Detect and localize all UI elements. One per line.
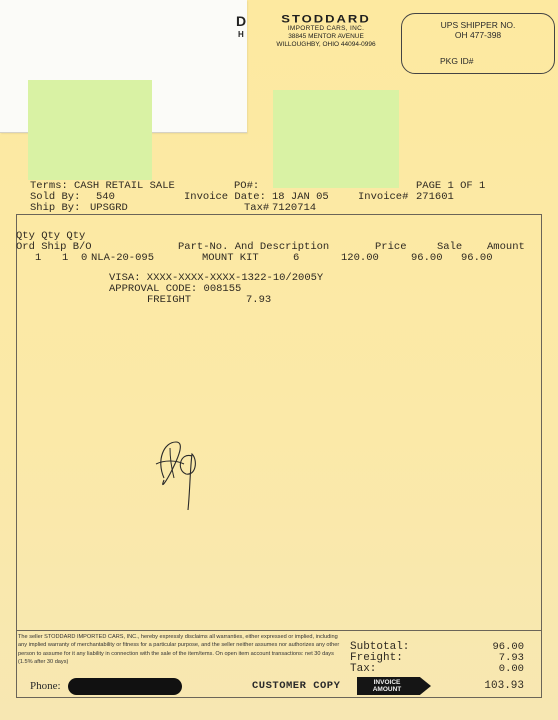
- price-value: 120.00: [341, 253, 379, 264]
- amount-header: Amount: [487, 242, 525, 253]
- company-subtitle: IMPORTED CARS, INC.: [256, 25, 396, 33]
- invoice-number-label: Invoice#: [358, 192, 408, 203]
- ship-by-label: Ship By:: [30, 203, 80, 214]
- company-header: STODDARD IMPORTED CARS, INC. 38845 MENTO…: [256, 12, 396, 49]
- part-code: 6: [293, 253, 299, 264]
- amount-value: 96.00: [461, 253, 493, 264]
- invoice-number-value: 271601: [416, 192, 454, 203]
- signature-mark: [150, 430, 220, 520]
- invoice-amount-label-line1: INVOICE: [357, 679, 417, 686]
- invoice-amount-label-line2: AMOUNT: [357, 686, 417, 693]
- part-number: NLA-20-095: [91, 253, 154, 264]
- terms-value: CASH RETAIL SALE: [74, 181, 175, 192]
- invoice-amount-value: 103.93: [440, 681, 524, 693]
- phone-label: Phone:: [30, 680, 61, 692]
- company-name: STODDARD: [256, 13, 396, 24]
- ship-by-value: UPSGRD: [90, 203, 128, 214]
- freight-note-value: 7.93: [246, 295, 271, 306]
- tax-total-value: 0.00: [440, 664, 524, 676]
- sticky-note-left: [28, 80, 152, 180]
- sticky-note-right: [273, 90, 399, 188]
- ups-shipper-box: UPS SHIPPER NO. OH 477-398 PKG ID#: [401, 13, 555, 74]
- customer-copy-label: CUSTOMER COPY: [252, 680, 340, 692]
- price-header: Price: [375, 242, 407, 253]
- freight-note-label: FREIGHT: [147, 295, 191, 306]
- ups-label: UPS SHIPPER NO.: [402, 20, 554, 30]
- ups-number: OH 477-398: [402, 30, 554, 40]
- invoice-amount-tag: INVOICE AMOUNT: [357, 677, 431, 695]
- logo-fragment-small: H: [238, 30, 244, 39]
- address-line-1: 38845 MENTOR AVENUE: [256, 33, 396, 41]
- tax-value: 7120714: [272, 203, 316, 214]
- qty-backordered: 0: [81, 253, 87, 264]
- sale-value: 96.00: [411, 253, 443, 264]
- qty-shipped: 1: [62, 253, 68, 264]
- address-line-2: WILLOUGHBY, OHIO 44094-0996: [256, 41, 396, 49]
- phone-redacted: [68, 678, 182, 695]
- warranty-disclaimer: The seller STODDARD IMPORTED CARS, INC.,…: [18, 633, 346, 667]
- tax-label: Tax#: [244, 203, 269, 214]
- part-description: MOUNT KIT: [202, 253, 259, 264]
- logo-fragment: D: [236, 13, 246, 29]
- pkg-id-label: PKG ID#: [440, 56, 474, 66]
- qty-ordered: 1: [35, 253, 41, 264]
- tax-total-label: Tax:: [350, 664, 376, 676]
